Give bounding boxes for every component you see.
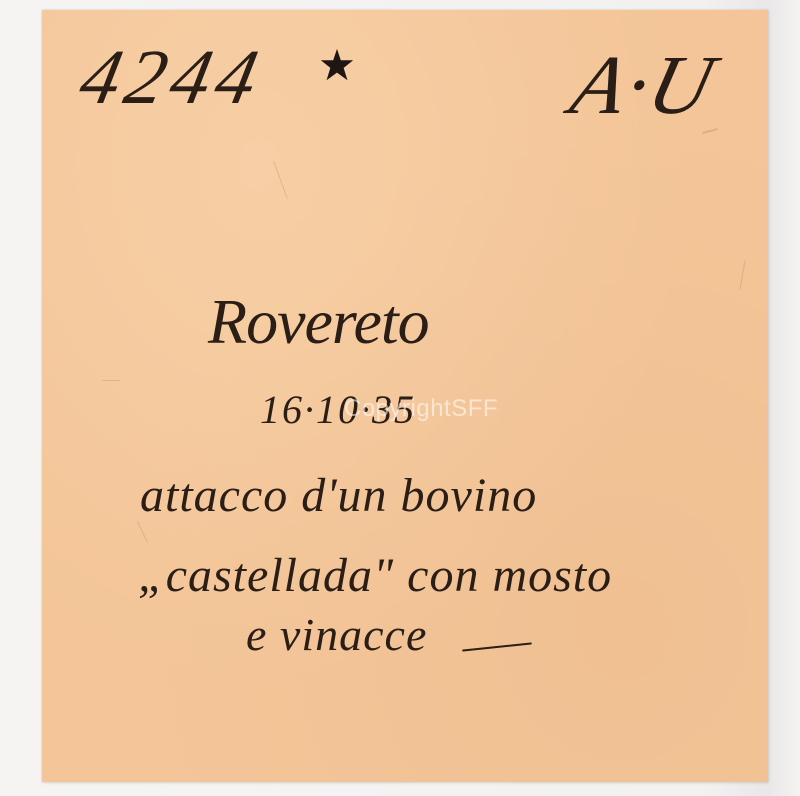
paper-fiber (739, 260, 745, 290)
place-name: Rovereto (208, 290, 429, 354)
pen-flourish (462, 642, 532, 651)
paper-fiber (273, 161, 288, 199)
copyright-watermark: CopyrightSFF (344, 395, 498, 423)
description-line-3: e vinacce (246, 612, 427, 658)
collector-initials: A·U (564, 44, 724, 128)
catalog-number: 4244 (74, 38, 271, 116)
paper-fiber (137, 521, 148, 543)
paper-fiber (102, 380, 120, 381)
paper-fiber (702, 128, 718, 134)
description-line-2: „castellada" con mosto (138, 552, 612, 600)
description-line-1: attacco d'un bovino (140, 472, 537, 520)
label-paper: 4244 A·U Rovereto 16·10·35 attacco d'un … (42, 10, 768, 782)
star-icon (318, 46, 356, 84)
